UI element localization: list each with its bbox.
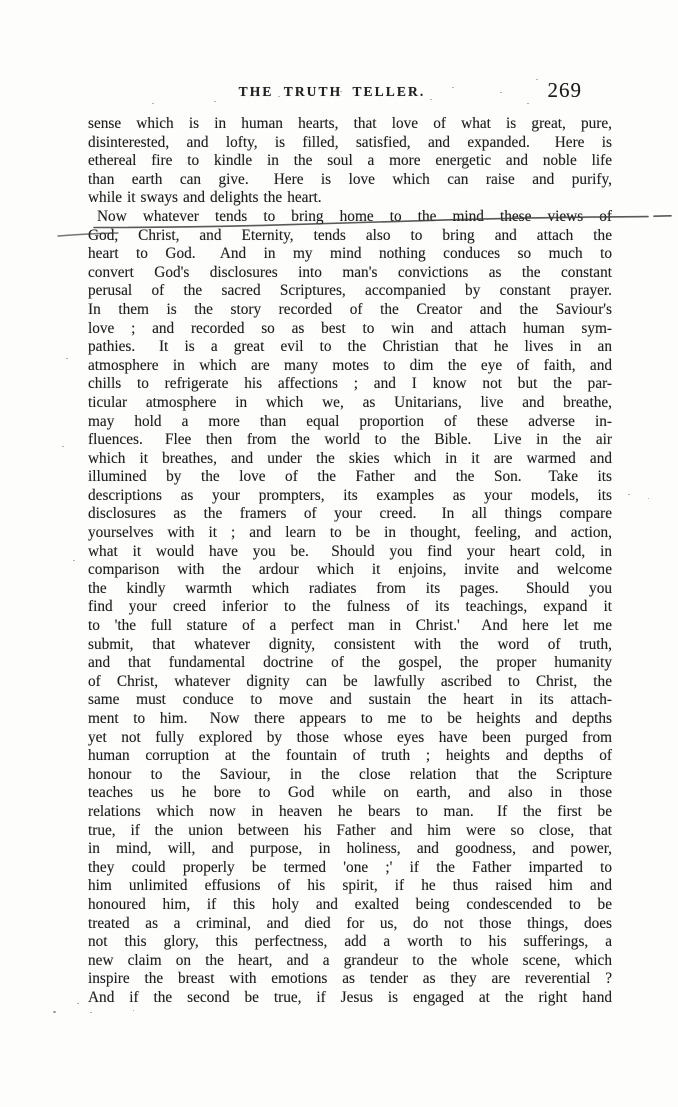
text-line: true, if the union between his Father an… bbox=[88, 822, 612, 841]
text-line: may hold a more than equal proportion of… bbox=[88, 413, 612, 432]
text-line: heart to God. And in my mind nothing con… bbox=[88, 245, 612, 264]
text-line: honour to the Saviour, in the close rela… bbox=[88, 766, 612, 785]
body-text: sense which is in human hearts, that lov… bbox=[88, 115, 612, 1008]
text-line: yet not fully explored by those whose ey… bbox=[88, 729, 612, 748]
text-line: Now whatever tends to bring home to the … bbox=[88, 208, 612, 227]
text-line: the kindly warmth which radiates from it… bbox=[88, 580, 612, 599]
running-header: THE TRUTH TELLER. 269 bbox=[88, 84, 612, 108]
text-line: chills to refrigerate his affections ; a… bbox=[88, 375, 612, 394]
text-line: God, Christ, and Eternity, tends also to… bbox=[88, 227, 612, 246]
text-line: inspire the breast with emotions as tend… bbox=[88, 970, 612, 989]
scan-speck bbox=[430, 99, 432, 100]
text-line: illumined by the love of the Father and … bbox=[88, 468, 612, 487]
text-line: relations which now in heaven he bears t… bbox=[88, 803, 612, 822]
text-line: human corruption at the fountain of trut… bbox=[88, 747, 612, 766]
text-line: while it sways and delights the heart. bbox=[88, 189, 612, 208]
text-line: than earth can give. Here is love which … bbox=[88, 171, 612, 190]
page-number: 269 bbox=[548, 78, 583, 103]
scan-speck bbox=[62, 446, 64, 447]
text-line: pathies. It is a great evil to the Chris… bbox=[88, 338, 612, 357]
text-line: And if the second be true, if Jesus is e… bbox=[88, 989, 612, 1008]
text-line: what it would have you be. Should you fi… bbox=[88, 543, 612, 562]
scan-speck bbox=[340, 91, 342, 92]
text-line: comparison with the ardour which it enjo… bbox=[88, 561, 612, 580]
text-line: teaches us he bore to God while on earth… bbox=[88, 784, 612, 803]
text-line: convert God's disclosures into man's con… bbox=[88, 264, 612, 283]
scan-speck bbox=[214, 101, 216, 102]
text-line: submit, that whatever dignity, consisten… bbox=[88, 636, 612, 655]
text-line: disclosures as the framers of your creed… bbox=[88, 505, 612, 524]
text-line: in mind, will, and purpose, in holiness,… bbox=[88, 840, 612, 859]
text-line: ethereal fire to kindle in the soul a mo… bbox=[88, 152, 612, 171]
text-line: disinterested, and lofty, is filled, sat… bbox=[88, 134, 612, 153]
scan-speck bbox=[648, 498, 649, 499]
scan-speck bbox=[452, 87, 454, 88]
text-line: In them is the story recorded of the Cre… bbox=[88, 301, 612, 320]
scan-speck bbox=[66, 358, 68, 359]
text-line: him unlimited effusions of his spirit, i… bbox=[88, 877, 612, 896]
scan-speck bbox=[536, 79, 538, 80]
text-line: new claim on the heart, and a grandeur t… bbox=[88, 952, 612, 971]
running-header-title: THE TRUTH TELLER. bbox=[70, 84, 594, 100]
scan-speck bbox=[278, 96, 280, 97]
scan-speck bbox=[77, 1003, 79, 1004]
scan-speck bbox=[152, 103, 154, 104]
text-line: of Christ, whatever dignity can be lawfu… bbox=[88, 673, 612, 692]
text-line: yourselves with it ; and learn to be in … bbox=[88, 524, 612, 543]
text-line: not this glory, this perfectness, add a … bbox=[88, 933, 612, 952]
scan-speck bbox=[53, 1011, 56, 1013]
scan-speck bbox=[73, 560, 75, 561]
text-line: treated as a criminal, and died for us, … bbox=[88, 915, 612, 934]
text-line: ticular atmosphere in which we, as Unita… bbox=[88, 394, 612, 413]
text-line: honoured him, if this holy and exalted b… bbox=[88, 896, 612, 915]
text-line: atmosphere in which are many motes to di… bbox=[88, 357, 612, 376]
text-line: sense which is in human hearts, that lov… bbox=[88, 115, 612, 134]
text-line: fluences. Flee then from the world to th… bbox=[88, 431, 612, 450]
scan-speck bbox=[560, 86, 562, 87]
scan-speck bbox=[133, 1010, 134, 1011]
scan-speck bbox=[628, 494, 630, 495]
text-line: which it breathes, and under the skies w… bbox=[88, 450, 612, 469]
text-line: to 'the full stature of a perfect man in… bbox=[88, 617, 612, 636]
text-line: they could properly be termed 'one ;' if… bbox=[88, 859, 612, 878]
scan-speck bbox=[90, 1012, 92, 1013]
text-line: descriptions as your prompters, its exam… bbox=[88, 487, 612, 506]
text-line: and that fundamental doctrine of the gos… bbox=[88, 654, 612, 673]
text-line: same must conduce to move and sustain th… bbox=[88, 691, 612, 710]
scan-speck bbox=[500, 92, 502, 93]
scan-speck bbox=[527, 103, 529, 104]
text-line: ment to him. Now there appears to me to … bbox=[88, 710, 612, 729]
text-line: love ; and recorded so as best to win an… bbox=[88, 320, 612, 339]
text-line: perusal of the sacred Scriptures, accomp… bbox=[88, 282, 612, 301]
text-line: find your creed inferior to the fulness … bbox=[88, 598, 612, 617]
scanned-book-page: THE TRUTH TELLER. 269 sense which is in … bbox=[0, 0, 678, 1107]
